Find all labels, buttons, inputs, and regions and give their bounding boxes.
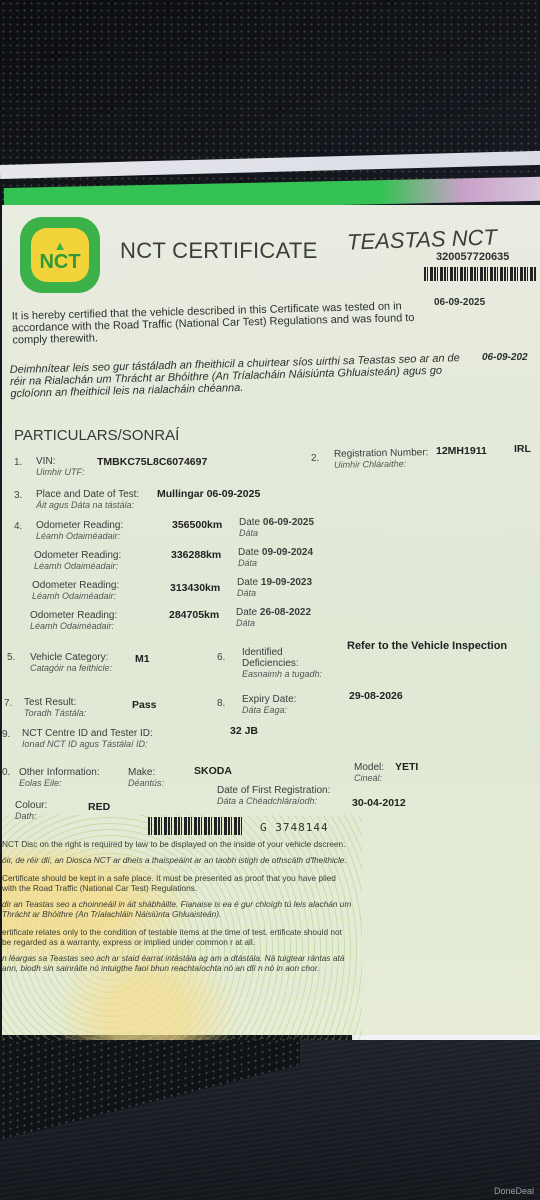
centre-tester-value: 32 JB — [230, 725, 258, 737]
odometer-date: Date 09-09-2024Dáta — [238, 547, 313, 569]
deficiencies-label: Identified Deficiencies:Easnaimh a tugad… — [242, 647, 332, 680]
item-number: 1. — [14, 457, 22, 468]
statement-english: It is hereby certified that the vehicle … — [12, 300, 433, 347]
model-value: YETI — [395, 761, 418, 773]
item-number: 0. — [2, 767, 10, 778]
vin-label: VIN:Uimhir UTF: — [36, 456, 85, 478]
nct-certificate: ▲ NCT NCT CERTIFICATE TEASTAS NCT 320057… — [2, 205, 540, 1035]
deficiencies-value: Refer to the Vehicle Inspection — [347, 640, 507, 652]
place-date-value: Mullingar 06-09-2025 — [157, 488, 260, 500]
issue-date: 06-09-2025 — [434, 297, 485, 308]
odometer-label: Odometer Reading:Léamh Odaiméadair: — [30, 610, 117, 632]
centre-label: NCT Centre ID and Tester ID:Ionad NCT ID… — [22, 728, 153, 750]
make-label: Make:Déantús: — [128, 767, 164, 789]
odometer-reading: 356500km — [172, 519, 222, 531]
item-number: 9. — [2, 729, 10, 740]
other-info-label: Other Information:Eolas Eile: — [19, 767, 100, 789]
item-number: 5. — [7, 652, 15, 663]
watermark: DoneDeal — [494, 1186, 534, 1196]
issue-date-irish: 06-09-202 — [482, 352, 528, 363]
first-registration-label: Date of First Registration:Dáta a Chéadc… — [217, 785, 330, 807]
colour-value: RED — [88, 801, 110, 813]
item-number: 7. — [4, 698, 12, 709]
item-number: 4. — [14, 521, 22, 532]
certificate-notes: NCT Disc on the right is required by law… — [2, 839, 352, 981]
odometer-label: Odometer Reading:Léamh Odaiméadair: — [36, 520, 123, 542]
item-number: 3. — [14, 490, 22, 501]
serial-barcode — [424, 267, 536, 281]
note-paragraph: Certificate should be kept in a safe pla… — [2, 873, 352, 893]
odometer-label: Odometer Reading:Léamh Odaiméadair: — [32, 580, 119, 602]
odometer-reading: 284705km — [169, 609, 219, 621]
expiry-value: 29-08-2026 — [349, 690, 403, 702]
registration-value: 12MH1911 — [436, 445, 487, 457]
car-icon: ▲ — [54, 239, 67, 252]
expiry-label: Expiry Date:Dáta Eaga: — [242, 694, 296, 716]
registration-label: Registration Number:Uimhir Chláraithe: — [334, 447, 429, 471]
make-value: SKODA — [194, 765, 232, 777]
note-paragraph: óir, de réir dlí, an Diosca NCT ar dheis… — [2, 855, 352, 865]
note-paragraph: dir an Teastas seo a choinneáil in áit s… — [2, 899, 352, 919]
odometer-date: Date 26-08-2022Dáta — [236, 607, 311, 629]
nct-logo-text: NCT — [39, 252, 80, 272]
category-value: M1 — [135, 653, 150, 665]
category-label: Vehicle Category:Catagóir na feithicle: — [30, 652, 112, 674]
item-number: 2. — [311, 453, 319, 464]
odometer-label: Odometer Reading:Léamh Odaiméadair: — [34, 550, 121, 572]
certificate-title: NCT CERTIFICATE — [120, 238, 318, 264]
note-paragraph: n léargas sa Teastas seo ach ar staid éa… — [2, 953, 352, 973]
nct-logo: ▲ NCT — [20, 217, 100, 293]
colour-label: Colour:Dath: — [15, 800, 47, 822]
result-label: Test Result:Toradh Tástála: — [24, 697, 86, 719]
odometer-date: Date 06-09-2025Dáta — [239, 517, 314, 539]
place-date-label: Place and Date of Test:Áit agus Dáta na … — [36, 489, 139, 511]
disc-barcode — [148, 817, 244, 835]
odometer-reading: 336288km — [171, 549, 221, 561]
registration-country: IRL — [514, 443, 531, 455]
model-label: Model:Cineál: — [354, 762, 384, 784]
vin-value: TMBKC75L8C6074697 — [97, 456, 207, 468]
odometer-date: Date 19-09-2023Dáta — [237, 577, 312, 599]
odometer-reading: 313430km — [170, 582, 220, 594]
first-registration-value: 30-04-2012 — [352, 797, 406, 809]
test-result-value: Pass — [132, 699, 157, 711]
item-number: 8. — [217, 698, 225, 709]
particulars-heading: PARTICULARS/SONRAÍ — [14, 427, 179, 444]
note-paragraph: NCT Disc on the right is required by law… — [2, 839, 352, 849]
disc-number: G 3748144 — [260, 821, 329, 834]
item-number: 6. — [217, 652, 225, 663]
serial-number: 320057720635 — [436, 251, 509, 263]
note-paragraph: ertificate relates only to the condition… — [2, 927, 352, 947]
statement-irish: Deimhnítear leis seo gur tástáladh an fh… — [10, 352, 471, 400]
